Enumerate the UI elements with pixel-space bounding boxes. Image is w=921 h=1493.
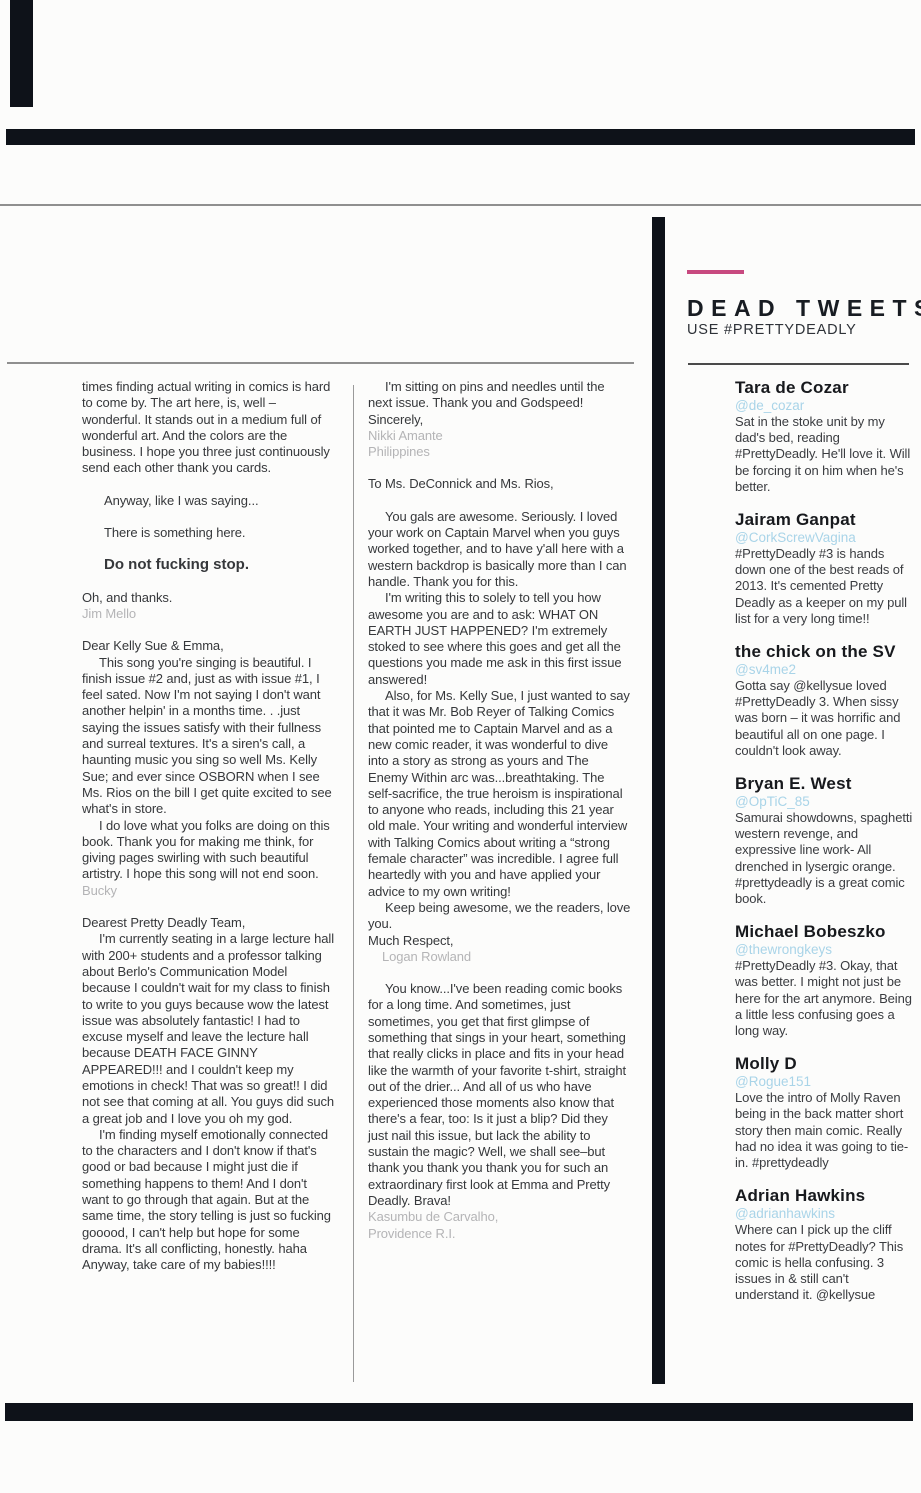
letter-signature: Kasumbu de Carvalho, [368,1209,631,1225]
letter-paragraph: Sincerely, [368,412,631,428]
tweet-author-name: Molly D [735,1054,915,1074]
tweet-body: Gotta say @kellysue loved #PrettyDeadly … [735,678,915,759]
letter-paragraph: Oh, and thanks. [82,590,336,606]
tweet-author-handle: @sv4me2 [735,662,915,678]
tweet-item: the chick on the SV@sv4me2Gotta say @kel… [735,642,915,759]
letter-paragraph: I'm sitting on pins and needles until th… [368,379,631,412]
letter-paragraph: I do love what you folks are doing on th… [82,818,336,883]
dead-tweets-header: DEAD TWEETS USE #PRETTYDEADLY [687,270,912,339]
letter-paragraph: Much Respect, [368,933,631,949]
tweet-author-name: the chick on the SV [735,642,915,662]
letter-paragraph: Anyway, like I was saying... [82,493,336,509]
tweet-author-name: Bryan E. West [735,774,915,794]
top-divider-bar [6,129,915,145]
tweet-body: #PrettyDeadly #3. Okay, that was better.… [735,958,915,1039]
letter-paragraph: To Ms. DeConnick and Ms. Rios, [368,476,631,492]
tweet-body: Samurai showdowns, spaghetti western rev… [735,810,915,907]
letter-signature: Logan Rowland [368,949,631,965]
letter-paragraph: There is something here. [82,525,336,541]
tweet-author-handle: @thewrongkeys [735,942,915,958]
tweet-body: #PrettyDeadly #3 is hands down one of th… [735,546,915,627]
tweet-item: Molly D@Rogue151Love the intro of Molly … [735,1054,915,1171]
letters-column-1: times finding actual writing in comics i… [82,379,336,1274]
column-divider-rule [353,385,354,1382]
top-rule [0,204,921,206]
tweet-item: Tara de Cozar@de_cozarSat in the stoke u… [735,378,915,495]
letter-paragraph: I'm currently seating in a large lecture… [82,931,336,1127]
tweet-author-name: Jairam Ganpat [735,510,915,530]
dead-tweets-subtitle: USE #PRETTYDEADLY [687,321,912,339]
letter-paragraph: Keep being awesome, we the readers, love… [368,900,631,933]
tweet-body: Where can I pick up the cliff notes for … [735,1222,915,1303]
letter-signature: Bucky [82,883,336,899]
letter-paragraph: I'm finding myself emotionally connected… [82,1127,336,1274]
letter-paragraph: You gals are awesome. Seriously. I loved… [368,509,631,590]
vertical-divider-bar [652,217,665,1384]
tweet-author-handle: @adrianhawkins [735,1206,915,1222]
tweets-list: Tara de Cozar@de_cozarSat in the stoke u… [735,378,915,1318]
tweets-header-rule [688,363,909,365]
tweet-body: Love the intro of Molly Raven being in t… [735,1090,915,1171]
letter-paragraph: Dearest Pretty Deadly Team, [82,915,336,931]
tweet-author-name: Tara de Cozar [735,378,915,398]
tweet-author-handle: @OpTiC_85 [735,794,915,810]
accent-dash [687,270,744,274]
corner-tab-bar [10,0,33,107]
tweet-author-name: Michael Bobeszko [735,922,915,942]
tweet-author-handle: @de_cozar [735,398,915,414]
letter-paragraph: Also, for Ms. Kelly Sue, I just wanted t… [368,688,631,900]
letter-signature: Nikki Amante [368,428,631,444]
letter-signature: Philippines [368,444,631,460]
letter-paragraph: Dear Kelly Sue & Emma, [82,638,336,654]
letters-page: times finding actual writing in comics i… [0,0,921,1493]
tweet-author-handle: @CorkScrewVagina [735,530,915,546]
letter-paragraph: times finding actual writing in comics i… [82,379,336,477]
letter-paragraph: You know...I've been reading comic books… [368,981,631,1209]
letter-paragraph: Do not fucking stop. [82,557,336,573]
letters-column-2: I'm sitting on pins and needles until th… [368,379,631,1242]
tweet-item: Adrian Hawkins@adrianhawkinsWhere can I … [735,1186,915,1303]
tweet-item: Jairam Ganpat@CorkScrewVagina#PrettyDead… [735,510,915,627]
letter-signature: Jim Mello [82,606,336,622]
tweet-author-handle: @Rogue151 [735,1074,915,1090]
letter-paragraph: This song you're singing is beautiful. I… [82,655,336,818]
dead-tweets-title: DEAD TWEETS [687,295,912,321]
letter-paragraph: I'm writing this to solely to tell you h… [368,590,631,688]
tweet-item: Bryan E. West@OpTiC_85Samurai showdowns,… [735,774,915,907]
bottom-divider-bar [5,1403,913,1421]
letter-signature: Providence R.I. [368,1226,631,1242]
tweet-author-name: Adrian Hawkins [735,1186,915,1206]
tweet-item: Michael Bobeszko@thewrongkeys#PrettyDead… [735,922,915,1039]
tweet-body: Sat in the stoke unit by my dad's bed, r… [735,414,915,495]
letters-top-rule [7,362,634,364]
